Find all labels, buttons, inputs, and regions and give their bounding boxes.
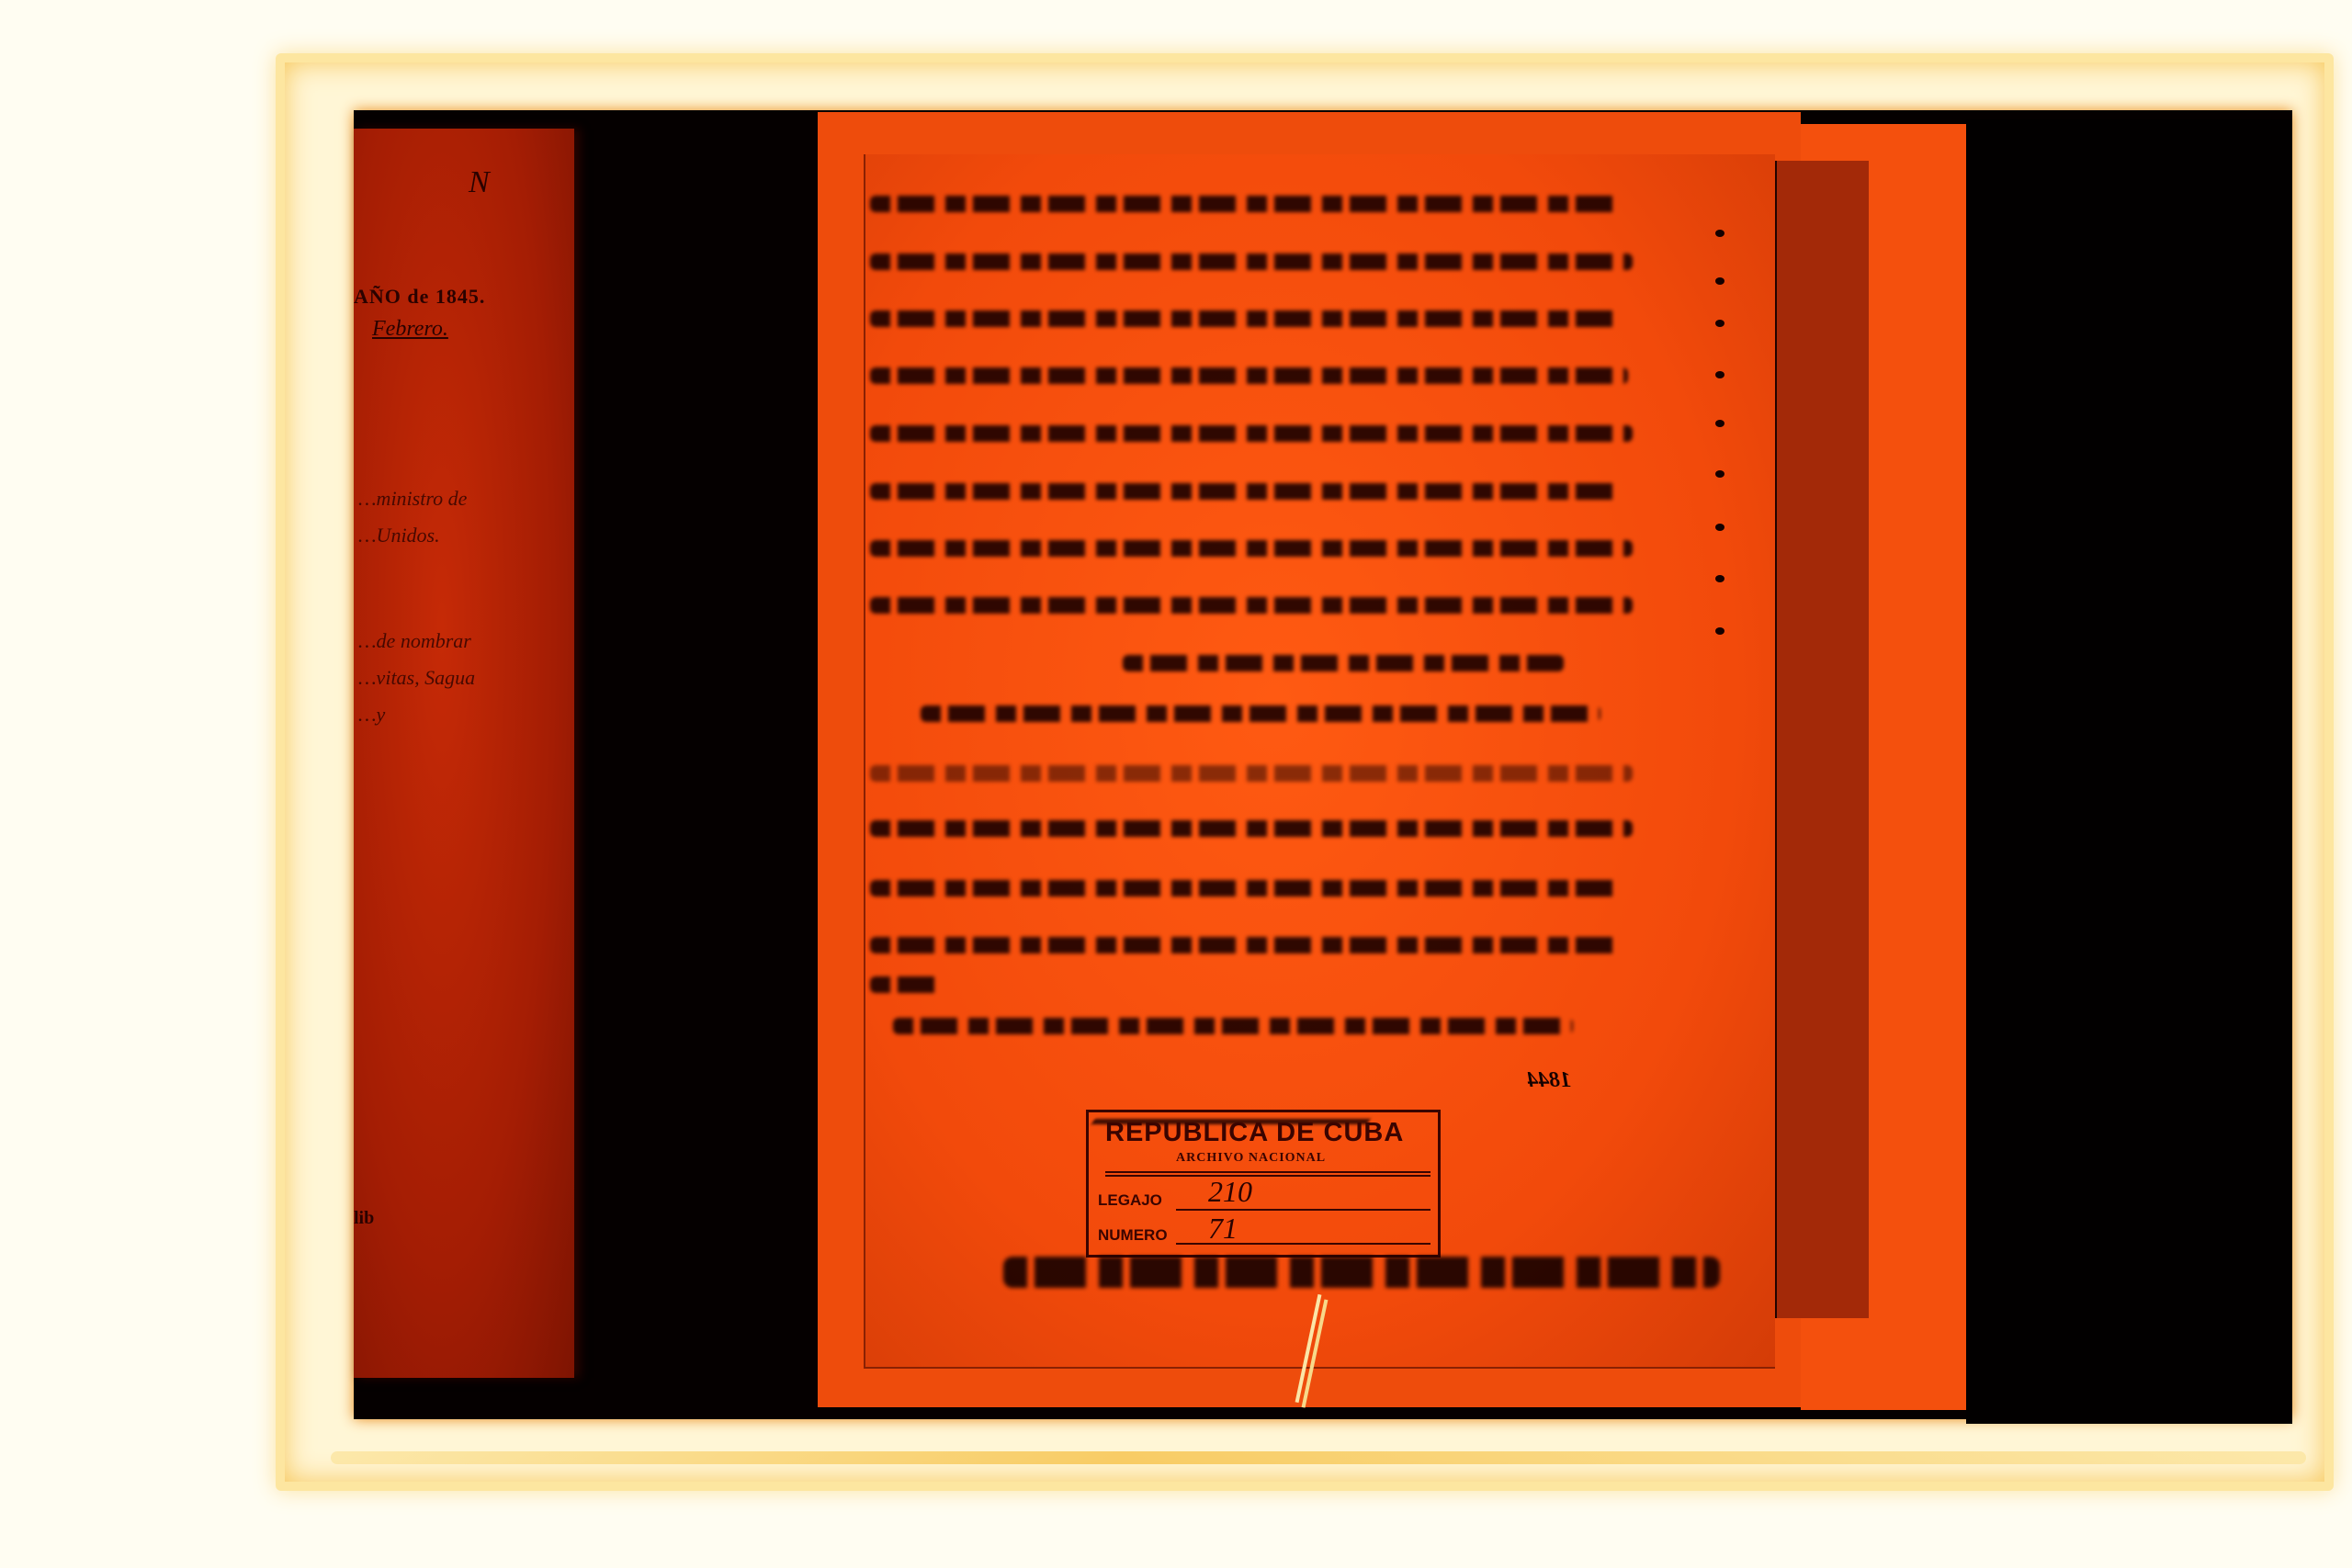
margin-dash (1715, 524, 1724, 531)
manuscript-line (870, 425, 1633, 442)
manuscript-line (870, 976, 944, 993)
margin-note: …Unidos. (358, 524, 440, 547)
margin-dash (1715, 575, 1724, 582)
stamp-rule (1176, 1243, 1430, 1245)
manuscript-line (870, 765, 1633, 782)
manuscript-line (870, 254, 1633, 270)
manuscript-line (921, 705, 1600, 722)
stamp-rule (1176, 1209, 1430, 1211)
stamp-rule (1105, 1171, 1430, 1173)
right-dark-strip (1773, 161, 1869, 1318)
numero-label: NUMERO (1098, 1226, 1168, 1245)
right-black-panel (1966, 119, 2292, 1424)
legajo-label: LEGAJO (1098, 1191, 1162, 1210)
margin-note: …ministro de (358, 487, 467, 511)
stamp-title: REPUBLICA DE CUBA (1105, 1118, 1404, 1148)
margin-dash (1715, 420, 1724, 427)
corner-mark: N (469, 165, 490, 200)
margin-note: …y (358, 703, 385, 727)
margin-dash (1715, 371, 1724, 378)
main-page: 1844 REPUBLICA DE CUBA ARCHIVO NACIONAL … (864, 154, 1775, 1369)
manuscript-line (870, 367, 1628, 384)
manuscript-line (870, 540, 1633, 557)
numero-value: 71 (1208, 1212, 1238, 1246)
closing-line (1003, 1257, 1720, 1288)
bottom-fragment: lib (354, 1208, 374, 1229)
manuscript-line (870, 937, 1623, 953)
stamp-rule (1105, 1175, 1430, 1177)
margin-dash (1715, 627, 1724, 635)
margin-note: …vitas, Sagua (358, 666, 475, 690)
manuscript-line (870, 483, 1623, 500)
manuscript-line (893, 1018, 1573, 1034)
manuscript-line (870, 196, 1623, 212)
film-edge-streak (331, 1451, 2306, 1464)
manuscript-line (1123, 655, 1564, 671)
margin-dash (1715, 277, 1724, 285)
manuscript-line (870, 597, 1633, 614)
manuscript-line (870, 310, 1623, 327)
margin-dash (1715, 470, 1724, 478)
left-page: N AÑO de 1845. Febrero. …ministro de …Un… (354, 129, 574, 1378)
year-heading: AÑO de 1845. (354, 285, 485, 309)
manuscript-line (870, 880, 1623, 897)
margin-note: …de nombrar (358, 629, 471, 653)
manuscript-line (870, 820, 1633, 837)
month-heading: Febrero. (372, 317, 448, 342)
legajo-value: 210 (1208, 1175, 1252, 1209)
margin-dash (1715, 320, 1724, 327)
year-mark: 1844 (1527, 1068, 1571, 1093)
archive-stamp: REPUBLICA DE CUBA ARCHIVO NACIONAL LEGAJ… (1086, 1110, 1441, 1258)
stamp-subtitle: ARCHIVO NACIONAL (1176, 1151, 1326, 1166)
margin-dash (1715, 230, 1724, 237)
